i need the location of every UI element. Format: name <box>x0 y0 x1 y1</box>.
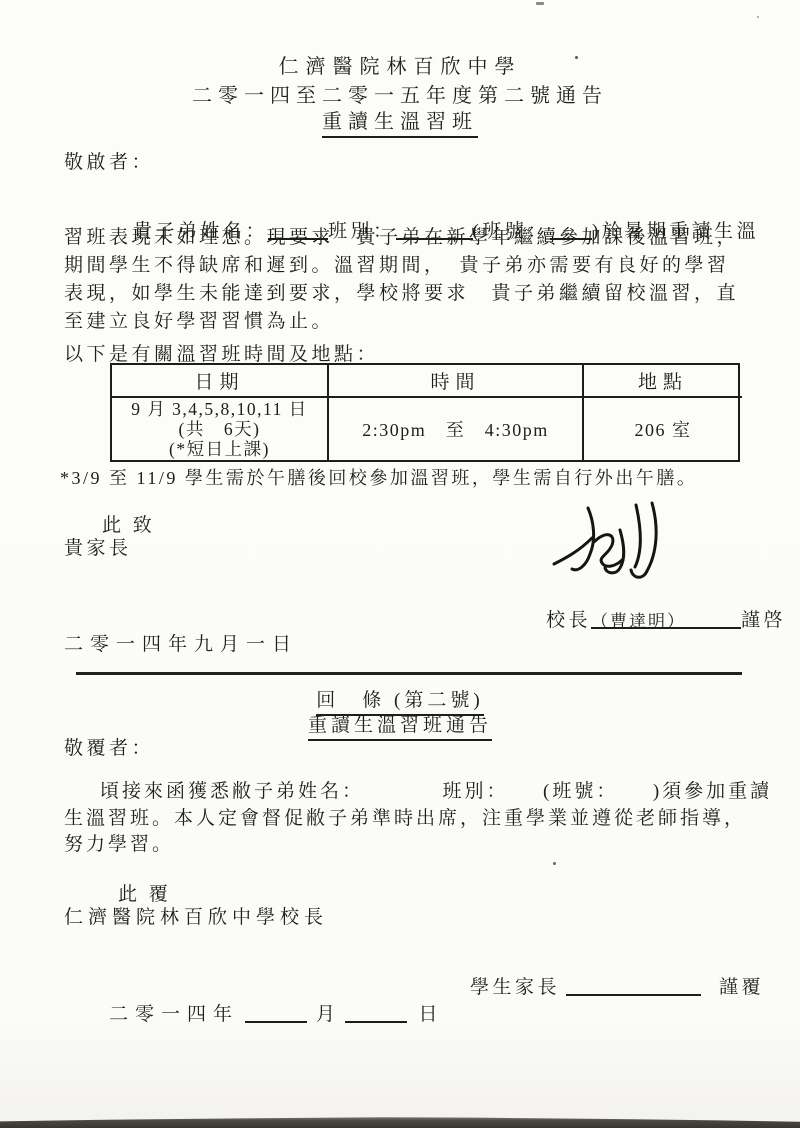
school-name: 仁濟醫院林百欣中學 <box>0 50 800 79</box>
parent-sign-blank <box>566 979 701 996</box>
date-line-1: 9 月 3,4,5,8,10,11 日 <box>131 399 308 419</box>
day-blank <box>345 1006 407 1023</box>
principal-suffix: 謹啓 <box>741 610 786 631</box>
scan-speck <box>536 2 544 5</box>
reply-line-3: 努力學習。 <box>64 829 174 856</box>
venue-cell: 206 室 <box>582 398 742 460</box>
notice-title-wrap: 重讀生溫習班 <box>0 105 800 138</box>
reply-recipient: 仁濟醫院林百欣中學校長 <box>64 902 328 929</box>
reply-date-month: 月 <box>316 1004 339 1025</box>
body-line-3: 期間學生不得缺席和遲到。溫習期間， 貴子弟亦需要有良好的學習 <box>64 250 730 277</box>
date-cell: 9 月 3,4,5,8,10,11 日 (共 6天) (*短日上課) <box>112 398 327 460</box>
month-blank <box>245 1006 307 1023</box>
footnote: *3/9 至 11/9 學生需於午膳後回校參加溫習班，學生需自行外出午膳。 <box>60 464 697 490</box>
schedule-table: 日期 時間 地點 9 月 3,4,5,8,10,11 日 (共 6天) (*短日… <box>110 363 740 462</box>
col-header-time: 時間 <box>327 365 582 398</box>
date-line-3: (*短日上課) <box>169 439 270 459</box>
salutation: 敬啟者： <box>64 147 154 174</box>
scan-bottom-edge <box>0 1116 800 1128</box>
notice-date: 二零一四年九月一日 <box>64 629 298 656</box>
reply-line-2: 生溫習班。本人定會督促敝子弟準時出席，注重學業並遵從老師指導， <box>64 803 746 830</box>
parent-label: 學生家長 <box>470 977 560 998</box>
col-header-date: 日期 <box>112 365 327 398</box>
body-line-2: 習班表現未如理想。現要求 貴子弟在新學年繼續參加課後溫習班， <box>64 222 739 249</box>
principal-label: 校長 <box>546 610 591 631</box>
principal-name: （曹達明） <box>591 607 686 632</box>
principal-signature <box>548 500 678 595</box>
reply-date-line: 二零一四年月日 <box>76 977 441 1048</box>
cut-line <box>76 672 742 675</box>
col-header-venue: 地點 <box>582 365 742 398</box>
reply-date-day: 日 <box>419 1004 442 1025</box>
parent-suffix: 謹覆 <box>719 977 764 998</box>
body-line-5: 至建立良好學習習慣為止。 <box>64 306 334 333</box>
reply-date-year: 二零一四年 <box>109 1004 239 1025</box>
time-cell: 2:30pm 至 4:30pm <box>327 398 582 460</box>
scan-speck <box>757 16 759 18</box>
notice-title: 重讀生溫習班 <box>322 105 478 138</box>
scan-speck <box>575 56 578 59</box>
date-line-2: (共 6天) <box>179 419 261 439</box>
reply-line-1: 頃接來函獲悉敝子弟姓名： 班別： (班號： )須參加重讀 <box>100 776 772 803</box>
scanned-notice-page: 仁濟醫院林百欣中學 二零一四至二零一五年度第二號通告 重讀生溫習班 敬啟者： 貴… <box>0 0 800 1128</box>
parent-sign-line: 學生家長謹覆 <box>437 950 764 1021</box>
body-line-4: 表現，如學生未能達到要求，學校將要求 貴子弟繼續留校溫習，直 <box>64 278 739 305</box>
reply-salutation: 敬覆者： <box>64 733 154 760</box>
reply-title-2: 重讀生溫習班通告 <box>308 710 492 741</box>
notice-number: 二零一四至二零一五年度第二號通告 <box>0 79 800 108</box>
recipient-parent: 貴家長 <box>64 533 132 560</box>
table-intro: 以下是有關溫習班時間及地點： <box>64 339 379 366</box>
scan-speck <box>553 862 556 865</box>
